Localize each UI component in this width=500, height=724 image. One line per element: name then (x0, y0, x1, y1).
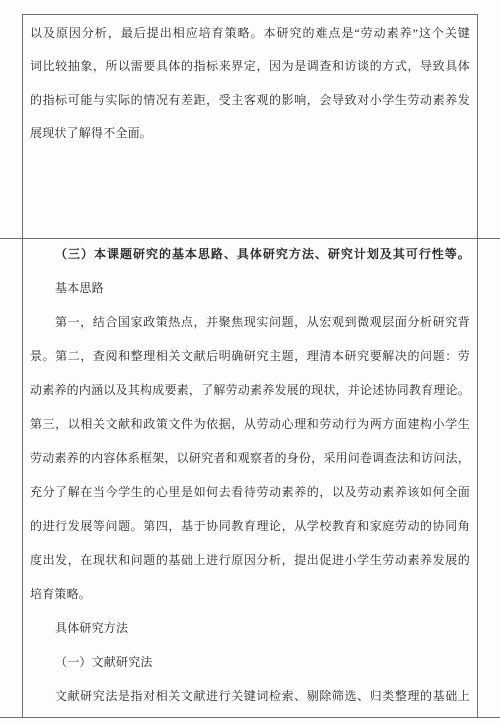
text-line: 景。第二，查阅和整理相关文献后明确研究主题，理清本研究要解决的问题：劳 (30, 339, 470, 373)
text-line: 动素养的内涵以及其构成要素，了解劳动素养发展的现状，并论述协同教育理论。 (30, 373, 470, 407)
table-cell-research-approach: （三）本课题研究的基本思路、具体研究方法、研究计划及其可行性等。 基本思路 第一… (30, 237, 470, 713)
table-border-right (477, 14, 478, 717)
text-line: 的指标可能与实际的情况有差距，受主客观的影响，会导致对小学生劳动素养发 (30, 84, 470, 117)
text-line: 劳动素养的内容体系框架，以研究者和观察者的身份，采用问卷调查法和访问法， (30, 441, 470, 475)
subsection-title-literature-method: （一）文献研究法 (30, 645, 470, 679)
text-line: 培育策略。 (30, 577, 470, 611)
text-line: 第三，以相关文献和政策文件为依据，从劳动心理和劳动行为两方面建构小学生 (30, 407, 470, 441)
section-heading: （三）本课题研究的基本思路、具体研究方法、研究计划及其可行性等。 (30, 237, 470, 271)
text-line: 的进行发展等问题。第四，基于协同教育理论，从学校教育和家庭劳动的协同角 (30, 509, 470, 543)
document-page: 以及原因分析，最后提出相应培育策略。本研究的难点是“劳动素养”这个关键 词比较抽… (0, 0, 500, 724)
text-line: 度出发，在现状和问题的基础上进行原因分析，提出促进小学生劳动素养发展的 (30, 543, 470, 577)
text-line: 第一，结合国家政策热点，并聚焦现实问题，从宏观到微观层面分析研究背 (30, 305, 470, 339)
subsection-title-research-methods: 具体研究方法 (30, 611, 470, 645)
text-line: 以及原因分析，最后提出相应培育策略。本研究的难点是“劳动素养”这个关键 (30, 17, 470, 50)
text-line: 展现状了解得不全面。 (30, 117, 470, 150)
text-line: 充分了解在当今学生的心里是如何去看待劳动素养的，以及劳动素养该如何全面 (30, 475, 470, 509)
table-cell-research-difficulty: 以及原因分析，最后提出相应培育策略。本研究的难点是“劳动素养”这个关键 词比较抽… (30, 17, 470, 151)
text-line: 词比较抽象，所以需要具体的指标来界定，因为是调查和访谈的方式，导致具体 (30, 50, 470, 83)
table-border-bottom (0, 717, 500, 718)
table-border-top (22, 14, 477, 15)
subsection-title-basic-approach: 基本思路 (30, 271, 470, 305)
text-line: 文献研究法是指对相关文献进行关键词检索、剔除筛选、归类整理的基础上 (30, 679, 470, 713)
table-border-left (22, 14, 23, 717)
